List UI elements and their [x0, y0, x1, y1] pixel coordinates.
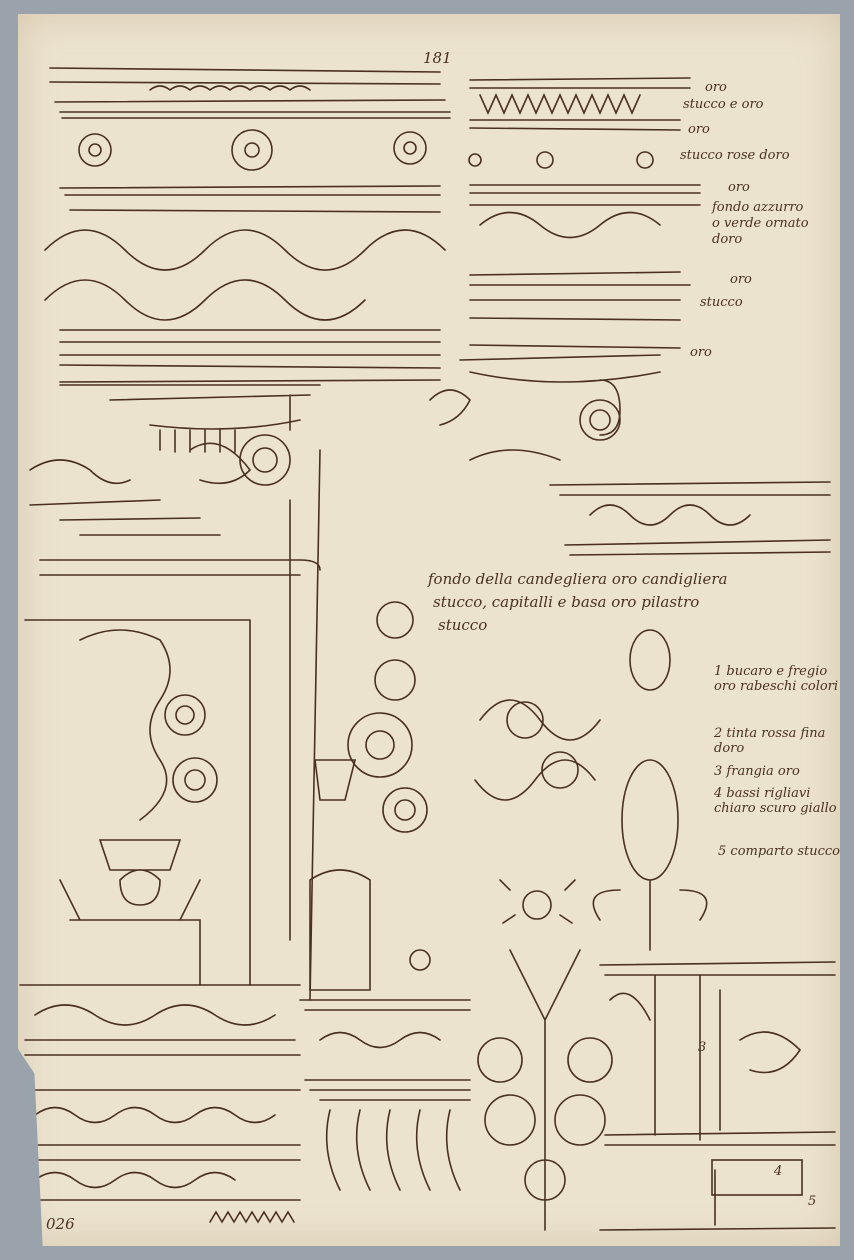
legend-num: 5	[718, 844, 726, 859]
legend-text: bucaro e fregio oro rabeschi colori	[714, 664, 838, 694]
annotation-stucco: stucco	[700, 295, 743, 310]
sketch-number-4: 4	[774, 1164, 782, 1179]
legend-text: tinta rossa fina doro	[714, 726, 825, 756]
legend-num: 1	[714, 664, 722, 679]
legend-item-3: 3 frangia oro	[714, 764, 844, 779]
central-note-line-1: fondo della candegliera oro candigliera	[428, 569, 727, 589]
annotation-oro-1: oro	[705, 80, 727, 95]
annotation-oro-2: oro	[688, 122, 710, 137]
legend-text: frangia oro	[726, 764, 799, 779]
legend-text: bassi rigliavi chiaro scuro giallo	[714, 786, 837, 816]
legend-num: 4	[714, 786, 722, 801]
page-number: 181	[423, 48, 452, 68]
annotation-oro-4: oro	[730, 272, 752, 287]
sketch-number-3: 3	[698, 1040, 706, 1055]
legend-num: 3	[714, 764, 722, 779]
ink-drawing	[18, 14, 840, 1246]
annotation-stucco-e-oro: stucco e oro	[683, 97, 763, 112]
legend-item-1: 1 bucaro e fregio oro rabeschi colori	[714, 664, 844, 694]
inventory-number: 026	[46, 1214, 75, 1234]
central-note-line-2: stucco, capitalli e basa oro pilastro	[433, 592, 699, 612]
annotation-oro-3: oro	[728, 180, 750, 195]
legend-text: comparto stucco	[730, 844, 840, 859]
central-note-line-3: stucco	[438, 615, 487, 635]
drawing-sheet: 181 oro stucco e oro oro stucco rose dor…	[18, 14, 840, 1246]
annotation-stucco-rose-doro: stucco rose doro	[680, 148, 790, 163]
annotation-fondo-azzurro: fondo azzurro	[712, 200, 803, 215]
annotation-doro: doro	[712, 232, 742, 247]
annotation-o-verde-ornato: o verde ornato	[712, 216, 809, 231]
rosette-band	[79, 130, 426, 170]
annotation-oro-5: oro	[690, 345, 712, 360]
legend-item-5: 5 comparto stucco	[718, 844, 848, 859]
legend-num: 2	[714, 726, 722, 741]
sketch-number-5: 5	[808, 1194, 816, 1209]
legend-item-4: 4 bassi rigliavi chiaro scuro giallo	[714, 786, 844, 816]
legend-item-2: 2 tinta rossa fina doro	[714, 726, 844, 756]
